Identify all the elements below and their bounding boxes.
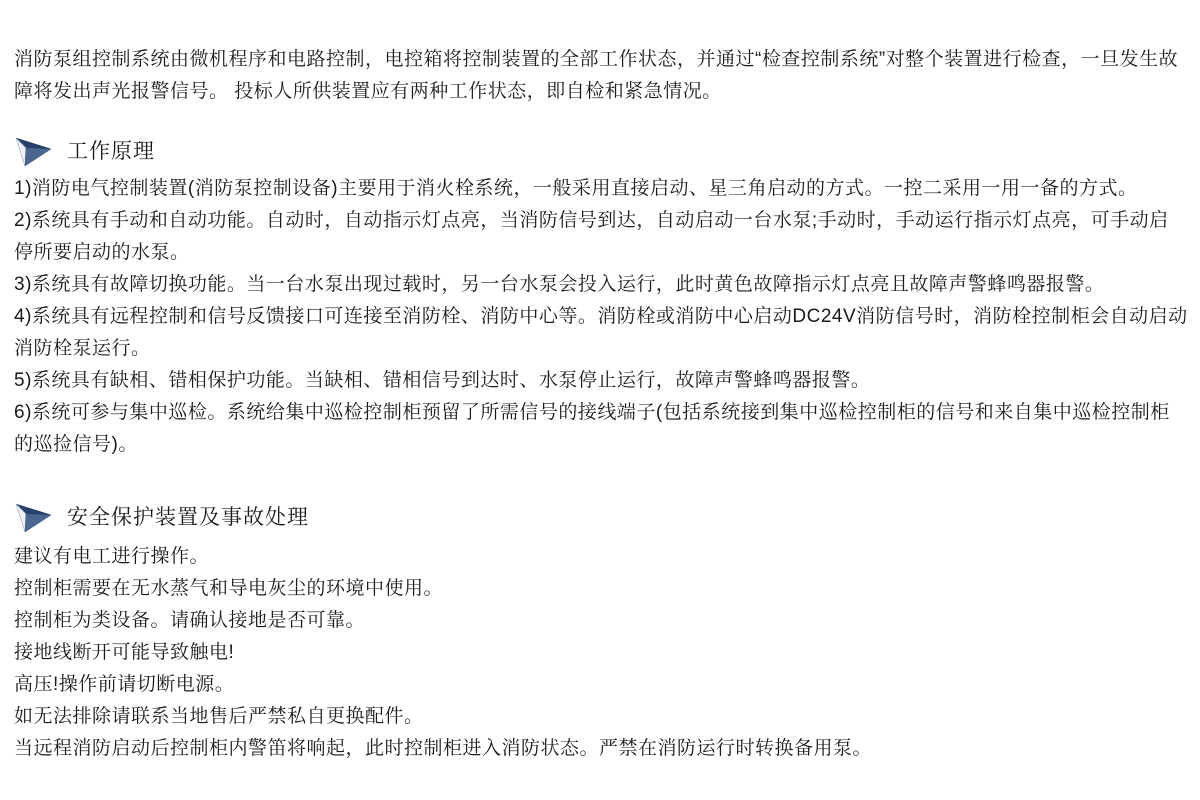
document-page: 消防泵组控制系统由微机程序和电路控制，电控箱将控制装置的全部工作状态，并通过“检…	[0, 0, 1200, 800]
section-heading-working-principle: 工作原理	[14, 135, 1188, 169]
safety-item-3: 控制柜为类设备。请确认接地是否可靠。	[14, 605, 1188, 637]
section-heading-safety: 安全保护装置及事故处理	[14, 501, 1188, 535]
safety-item-7: 当远程消防启动后控制柜内警笛将响起，此时控制柜进入消防状态。严禁在消防运行时转换…	[14, 733, 1188, 765]
principle-item-1: 1)消防电气控制装置(消防泵控制设备)主要用于消火栓系统，一般采用直接启动、星三…	[14, 173, 1188, 205]
safety-item-5: 高压!操作前请切断电源。	[14, 669, 1188, 701]
principle-item-3: 3)系统具有故障切换功能。当一台水泵出现过载时，另一台水泵会投入运行，此时黄色故…	[14, 269, 1188, 301]
pyramid-arrow-icon	[14, 503, 52, 533]
safety-item-4: 接地线断开可能导致触电!	[14, 637, 1188, 669]
safety-item-6: 如无法排除请联系当地售后严禁私自更换配件。	[14, 701, 1188, 733]
safety-item-1: 建议有电工进行操作。	[14, 541, 1188, 573]
principle-item-5: 5)系统具有缺相、错相保护功能。当缺相、错相信号到达时、水泵停止运行，故障声警蜂…	[14, 365, 1188, 397]
safety-lines: 建议有电工进行操作。 控制柜需要在无水蒸气和导电灰尘的环境中使用。 控制柜为类设…	[14, 541, 1188, 765]
principle-item-2: 2)系统具有手动和自动功能。自动时，自动指示灯点亮，当消防信号到达，自动启动一台…	[14, 205, 1188, 269]
intro-paragraph: 消防泵组控制系统由微机程序和电路控制，电控箱将控制装置的全部工作状态，并通过“检…	[14, 44, 1188, 108]
principle-item-4: 4)系统具有远程控制和信号反馈接口可连接至消防栓、消防中心等。消防栓或消防中心启…	[14, 301, 1188, 365]
section-title-working-principle: 工作原理	[67, 139, 155, 165]
safety-item-2: 控制柜需要在无水蒸气和导电灰尘的环境中使用。	[14, 573, 1188, 605]
section-title-safety: 安全保护装置及事故处理	[67, 505, 309, 531]
pyramid-arrow-icon	[14, 137, 52, 167]
principle-item-6: 6)系统可参与集中巡检。系统给集中巡检控制柜预留了所需信号的接线端子(包括系统接…	[14, 397, 1188, 461]
